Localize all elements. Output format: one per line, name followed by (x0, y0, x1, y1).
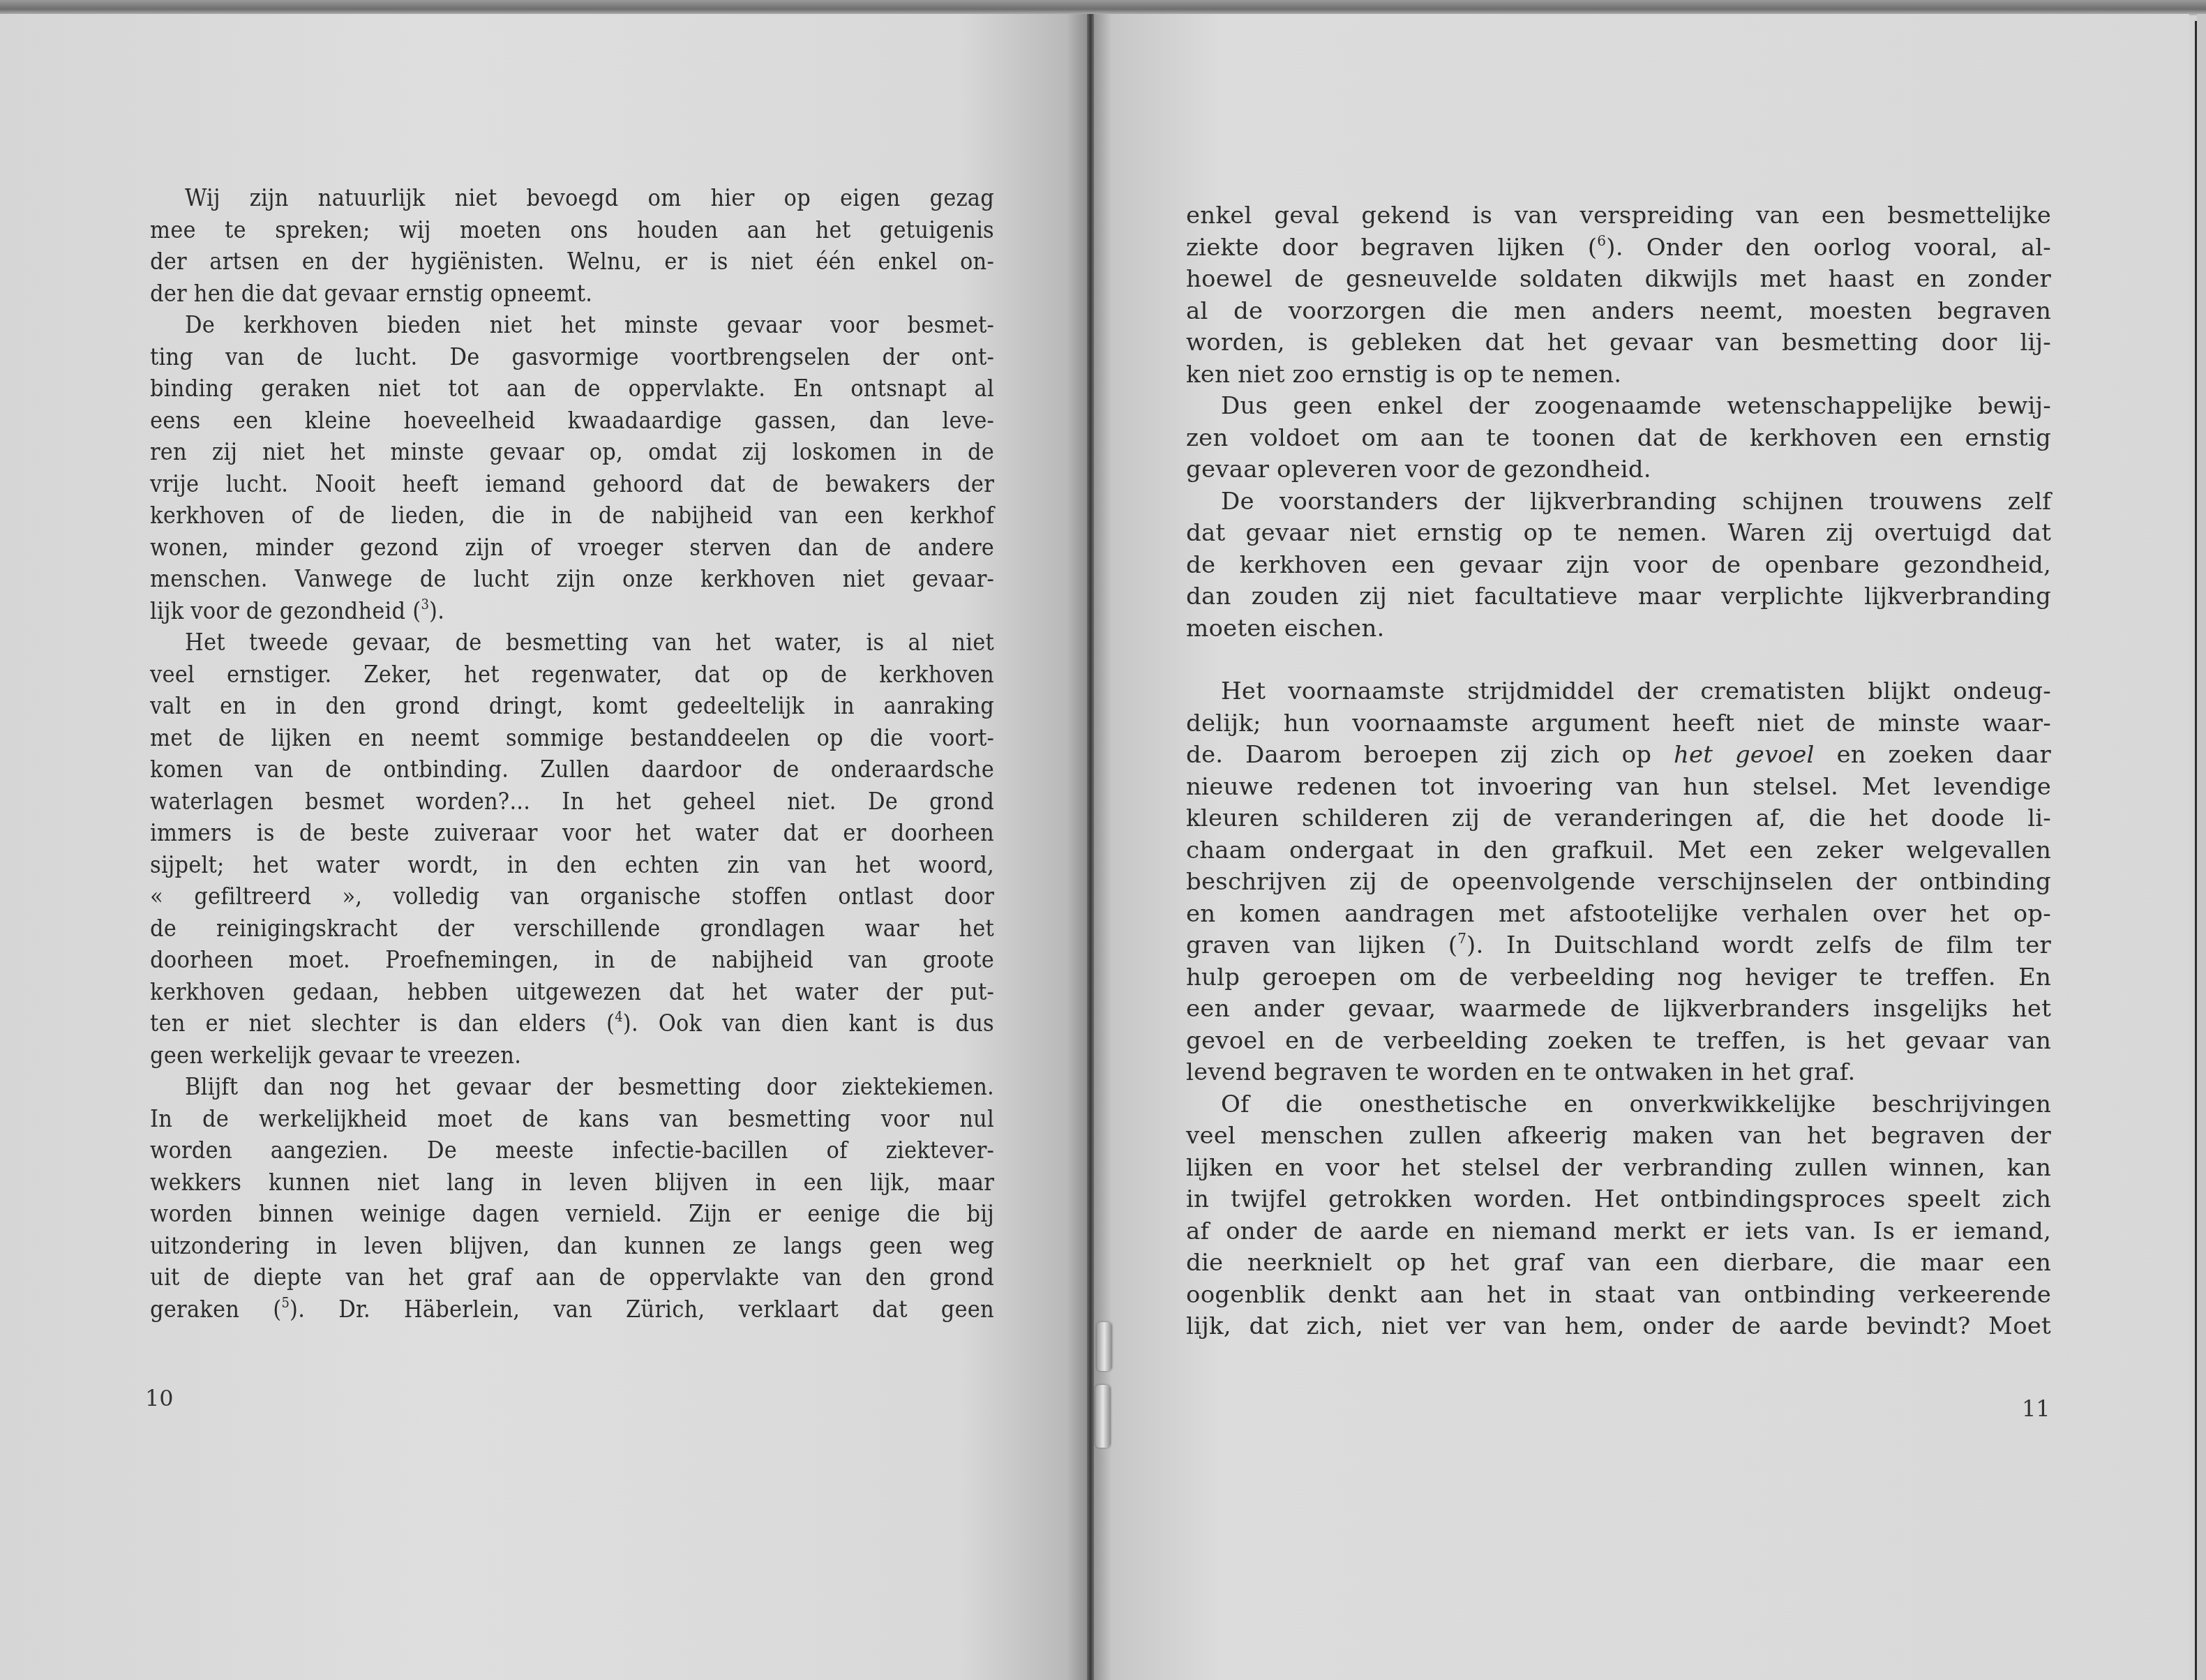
text-line: oogenblik denkt aan het in staat van ont… (1186, 1280, 2051, 1312)
footnote-marker: 3 (421, 596, 429, 613)
text-line: de kerkhoven een gevaar zijn voor de ope… (1186, 550, 2051, 582)
paragraph: enkel geval gekend is van verspreiding v… (1186, 200, 2051, 391)
paragraph: Wij zijn natuurlijk niet bevoegd om hier… (150, 183, 994, 310)
text-line: moeten eischen. (1186, 613, 2051, 645)
book-spread-scan: Wij zijn natuurlijk niet bevoegd om hier… (0, 0, 2206, 1680)
footnote-marker: 4 (615, 1008, 623, 1025)
text-line: beschrijven zij de opeenvolgende verschi… (1186, 867, 2051, 899)
text-line: Het voornaamste strijdmiddel der cremati… (1186, 676, 2051, 708)
text-line: en komen aandragen met afstootelijke ver… (1186, 899, 2051, 931)
text-line: veel ernstiger. Zeker, het regenwater, d… (150, 659, 994, 691)
text-line: met de lijken en neemt sommige bestandde… (150, 723, 994, 755)
text-line: wonen, minder gezond zijn of vroeger ste… (150, 532, 994, 564)
text-line: een ander gevaar, waarmede de lijkverbra… (1186, 993, 2051, 1026)
text-line: ten er niet slechter is dan elders (4). … (150, 1008, 994, 1040)
right-page-body-text: enkel geval gekend is van verspreiding v… (1186, 200, 2051, 1343)
text-line: zen voldoet om aan te toonen dat de kerk… (1186, 423, 2051, 455)
text-line: eens een kleine hoeveelheid kwaadaardige… (150, 405, 994, 437)
book-spine (1087, 14, 1094, 1680)
text-line: af onder de aarde en niemand merkt er ie… (1186, 1216, 2051, 1248)
text-line: De kerkhoven bieden niet het minste geva… (150, 310, 994, 342)
text-line: delijk; hun voornaamste argument heeft n… (1186, 708, 2051, 740)
text-line: worden aangezien. De meeste infectie-bac… (150, 1135, 994, 1167)
text-line: gevoel en de verbeelding zoeken te treff… (1186, 1026, 2051, 1058)
text-line: de reinigingskracht der verschillende gr… (150, 913, 994, 945)
text-line: Wij zijn natuurlijk niet bevoegd om hier… (150, 183, 994, 215)
text-line: in twijfel getrokken worden. Het ontbind… (1186, 1184, 2051, 1216)
text-line: Of die onesthetische en onverkwikkelijke… (1186, 1089, 2051, 1121)
text-line: der artsen en der hygiënisten. Welnu, er… (150, 246, 994, 278)
italic-phrase: het gevoel (1674, 741, 1815, 769)
footnote-marker: 6 (1597, 232, 1606, 249)
paragraph: Blijft dan nog het gevaar der besmetting… (150, 1072, 994, 1326)
text-line: lijken en voor het stelsel der verbrandi… (1186, 1153, 2051, 1185)
staple-bottom (1095, 1385, 1111, 1448)
right-page-edge (2197, 14, 2206, 1680)
text-line: de. Daarom beroepen zij zich op het gevo… (1186, 740, 2051, 772)
text-line: mee te spreken; wij moeten ons houden aa… (150, 215, 994, 247)
text-line: ren zij niet het minste gevaar op, omdat… (150, 437, 994, 469)
text-line: dan zouden zij niet facultatieve maar ve… (1186, 581, 2051, 613)
text-line: hoewel de gesneuvelde soldaten dikwijls … (1186, 264, 2051, 296)
paragraph: Dus geen enkel der zoogenaamde wetenscha… (1186, 391, 2051, 486)
text-line: Het tweede gevaar, de besmetting van het… (150, 627, 994, 659)
text-line: wekkers kunnen niet lang in leven blijve… (150, 1167, 994, 1199)
text-line: doorheen moet. Proefnemingen, in de nabi… (150, 945, 994, 977)
text-line: Dus geen enkel der zoogenaamde wetenscha… (1186, 391, 2051, 423)
text-line: worden, is gebleken dat het gevaar van b… (1186, 327, 2051, 359)
text-line: worden binnen weinige dagen vernield. Zi… (150, 1199, 994, 1231)
text-line: lijk, dat zich, niet ver van hem, onder … (1186, 1311, 2051, 1343)
text-line: nieuwe redenen tot invoering van hun ste… (1186, 772, 2051, 804)
text-line: In de werkelijkheid moet de kans van bes… (150, 1104, 994, 1136)
text-line: graven van lijken (7). In Duitschland wo… (1186, 930, 2051, 962)
text-line: vrije lucht. Nooit heeft iemand gehoord … (150, 469, 994, 501)
text-line: valt en in den grond dringt, komt gedeel… (150, 691, 994, 723)
left-page-body-text: Wij zijn natuurlijk niet bevoegd om hier… (150, 183, 994, 1326)
text-line: « gefiltreerd », volledig van organische… (150, 881, 994, 913)
paragraph: De voorstanders der lijkverbranding schi… (1186, 486, 2051, 645)
text-line: ken niet zoo ernstig is op te nemen. (1186, 359, 2051, 391)
right-border-line (2195, 21, 2197, 1680)
text-line: levend begraven te worden en te ontwaken… (1186, 1057, 2051, 1089)
text-line: lijk voor de gezondheid (3). (150, 596, 994, 628)
paragraph: De kerkhoven bieden niet het minste geva… (150, 310, 994, 627)
text-line: gevaar opleveren voor de gezondheid. (1186, 454, 2051, 486)
text-line: kerkhoven gedaan, hebben uitgewezen dat … (150, 977, 994, 1009)
text-line: sijpelt; het water wordt, in den echten … (150, 850, 994, 882)
text-line: dat gevaar niet ernstig op te nemen. War… (1186, 518, 2051, 550)
text-line: kleuren schilderen zij de veranderingen … (1186, 803, 2051, 835)
text-line: immers is de beste zuiveraar voor het wa… (150, 818, 994, 850)
text-line: al de voorzorgen die men anders neemt, m… (1186, 296, 2051, 328)
text-line: waterlagen besmet worden?... In het gehe… (150, 786, 994, 818)
paragraph: Of die onesthetische en onverkwikkelijke… (1186, 1089, 2051, 1343)
text-line: hulp geroepen om de verbeelding nog hevi… (1186, 962, 2051, 994)
text-line: chaam ondergaat in den grafkuil. Met een… (1186, 835, 2051, 867)
text-line: die neerknielt op het graf van een dierb… (1186, 1247, 2051, 1280)
page-number-left: 10 (145, 1385, 174, 1411)
text-line: ting van de lucht. De gasvormige voortbr… (150, 342, 994, 374)
staple-top (1097, 1322, 1112, 1371)
paragraph: Het tweede gevaar, de besmetting van het… (150, 627, 994, 1072)
text-line: kerkhoven of de lieden, die in de nabijh… (150, 500, 994, 532)
text-line: geraken (5). Dr. Häberlein, van Zürich, … (150, 1294, 994, 1326)
text-line: Blijft dan nog het gevaar der besmetting… (150, 1072, 994, 1104)
text-line: veel menschen zullen afkeerig maken van … (1186, 1120, 2051, 1153)
text-line: uitzondering in leven blijven, dan kunne… (150, 1231, 994, 1263)
text-line: ziekte door begraven lijken (6). Onder d… (1186, 232, 2051, 264)
text-line: menschen. Vanwege de lucht zijn onze ker… (150, 564, 994, 596)
text-line: De voorstanders der lijkverbranding schi… (1186, 486, 2051, 518)
text-line: der hen die dat gevaar ernstig opneemt. (150, 278, 994, 310)
section-break (1186, 645, 2051, 676)
paragraph: Het voornaamste strijdmiddel der cremati… (1186, 676, 2051, 1089)
text-line: enkel geval gekend is van verspreiding v… (1186, 200, 2051, 232)
top-page-edge (0, 0, 2206, 15)
text-line: uit de diepte van het graf aan de opperv… (150, 1262, 994, 1294)
footnote-marker: 5 (281, 1294, 290, 1311)
footnote-marker: 7 (1457, 930, 1466, 947)
text-line: binding geraken niet tot aan de oppervla… (150, 373, 994, 405)
text-line: komen van de ontbinding. Zullen daardoor… (150, 754, 994, 786)
text-line: geen werkelijk gevaar te vreezen. (150, 1040, 994, 1072)
page-number-right: 11 (2022, 1395, 2050, 1422)
